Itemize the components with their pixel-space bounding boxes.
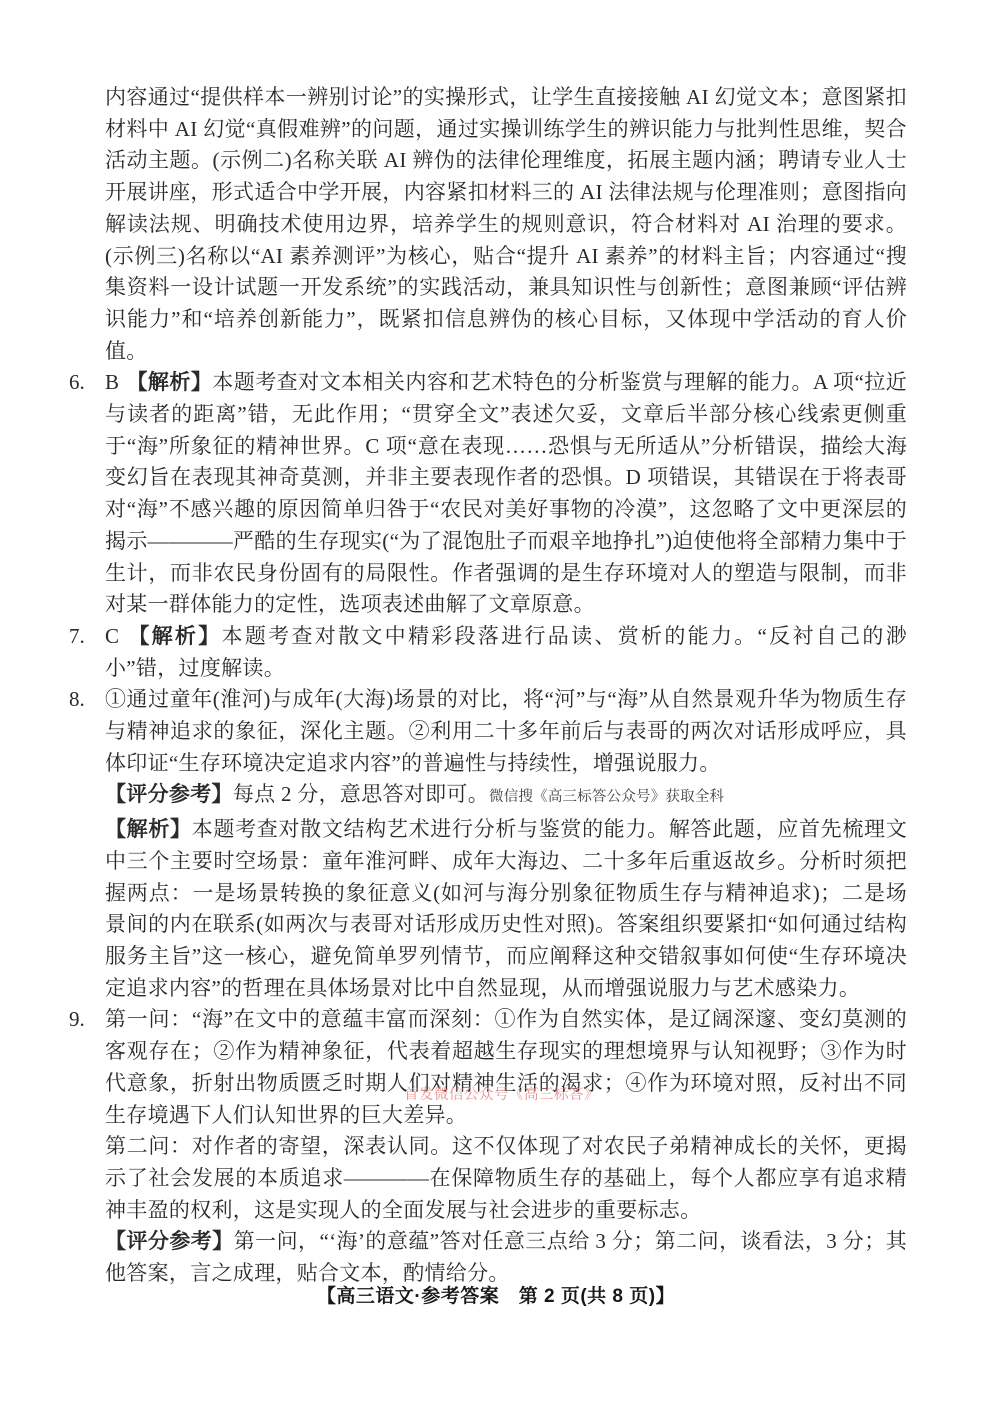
red-watermark: 首发微信公众号《高三标答》 xyxy=(404,1087,599,1103)
answer-item-7: 7. C【解析】本题考查对散文中精彩段落进行品读、赏析的能力。“反衬自己的渺小”… xyxy=(105,621,907,684)
item-7-number: 7. xyxy=(69,621,85,653)
item-8-answer: ①通过童年(淮河)与成年(大海)场景的对比，将“河”与“海”从自然景观升华为物质… xyxy=(105,684,907,779)
item-8-analysis-line: 【解析】本题考查对散文结构艺术进行分析与鉴赏的能力。解答此题，应首先梳理文中三个… xyxy=(105,814,907,1004)
answer-item-9: 9. 第一问：“海”在文中的意蕴丰富而深刻：①作为自然实体，是辽阔深邃、变幻莫测… xyxy=(105,1004,907,1289)
answer-item-6: 6. B【解析】本题考查对文本相关内容和艺术特色的分析鉴赏与理解的能力。A 项“… xyxy=(105,367,907,621)
item-6-paragraph: B【解析】本题考查对文本相关内容和艺术特色的分析鉴赏与理解的能力。A 项“拉近与… xyxy=(105,367,907,621)
item-9-number: 9. xyxy=(69,1004,85,1036)
item-6-analysis-label: 【解析】 xyxy=(126,370,212,394)
item-9-question2-answer: 第二问：对作者的寄望，深表认同。这不仅体现了对农民子弟精神成长的关怀，更揭示了社… xyxy=(105,1131,907,1226)
item-9-scoring-label: 【评分参考】 xyxy=(105,1229,234,1253)
document-body: 内容通过“提供样本一辨别讨论”的实操形式，让学生直接接触 AI 幻觉文本；意图紧… xyxy=(105,82,907,1290)
item-7-analysis-label: 【解析】 xyxy=(126,624,221,648)
answer-item-8: 8. ①通过童年(淮河)与成年(大海)场景的对比，将“河”与“海”从自然景观升华… xyxy=(105,684,907,1004)
item-8-number: 8. xyxy=(69,684,85,716)
item-8-scoring-line: 【评分参考】每点 2 分，意思答对即可。微信搜《高三标答公众号》获取全科 xyxy=(105,779,907,814)
item-8-scoring-text: 每点 2 分，意思答对即可。 xyxy=(233,782,489,806)
continuation-paragraph: 内容通过“提供样本一辨别讨论”的实操形式，让学生直接接触 AI 幻觉文本；意图紧… xyxy=(105,82,907,367)
item-7-answer-letter: C xyxy=(105,624,126,648)
item-8-analysis-text: 本题考查对散文结构艺术进行分析与鉴赏的能力。解答此题，应首先梳理文中三个主要时空… xyxy=(105,817,907,1000)
item-6-number: 6. xyxy=(69,367,85,399)
item-9-question1-answer: 第一问：“海”在文中的意蕴丰富而深刻：①作为自然实体，是辽阔深邃、变幻莫测的客观… xyxy=(105,1004,907,1131)
item-6-analysis-text: 本题考查对文本相关内容和艺术特色的分析鉴赏与理解的能力。A 项“拉近与读者的距离… xyxy=(105,370,907,616)
item-7-paragraph: C【解析】本题考查对散文中精彩段落进行品读、赏析的能力。“反衬自己的渺小”错，过… xyxy=(105,621,907,684)
item-8-scoring-label: 【评分参考】 xyxy=(105,782,233,806)
item-8-promo-note: 微信搜《高三标答公众号》获取全科 xyxy=(489,789,724,805)
item-6-answer-letter: B xyxy=(105,370,126,394)
page-footer: 【高三语文·参考答案 第 2 页(共 8 页)】 xyxy=(0,1281,992,1308)
item-8-analysis-label: 【解析】 xyxy=(105,817,192,841)
item-7-analysis-text: 本题考查对散文中精彩段落进行品读、赏析的能力。“反衬自己的渺小”错，过度解读。 xyxy=(105,624,907,680)
